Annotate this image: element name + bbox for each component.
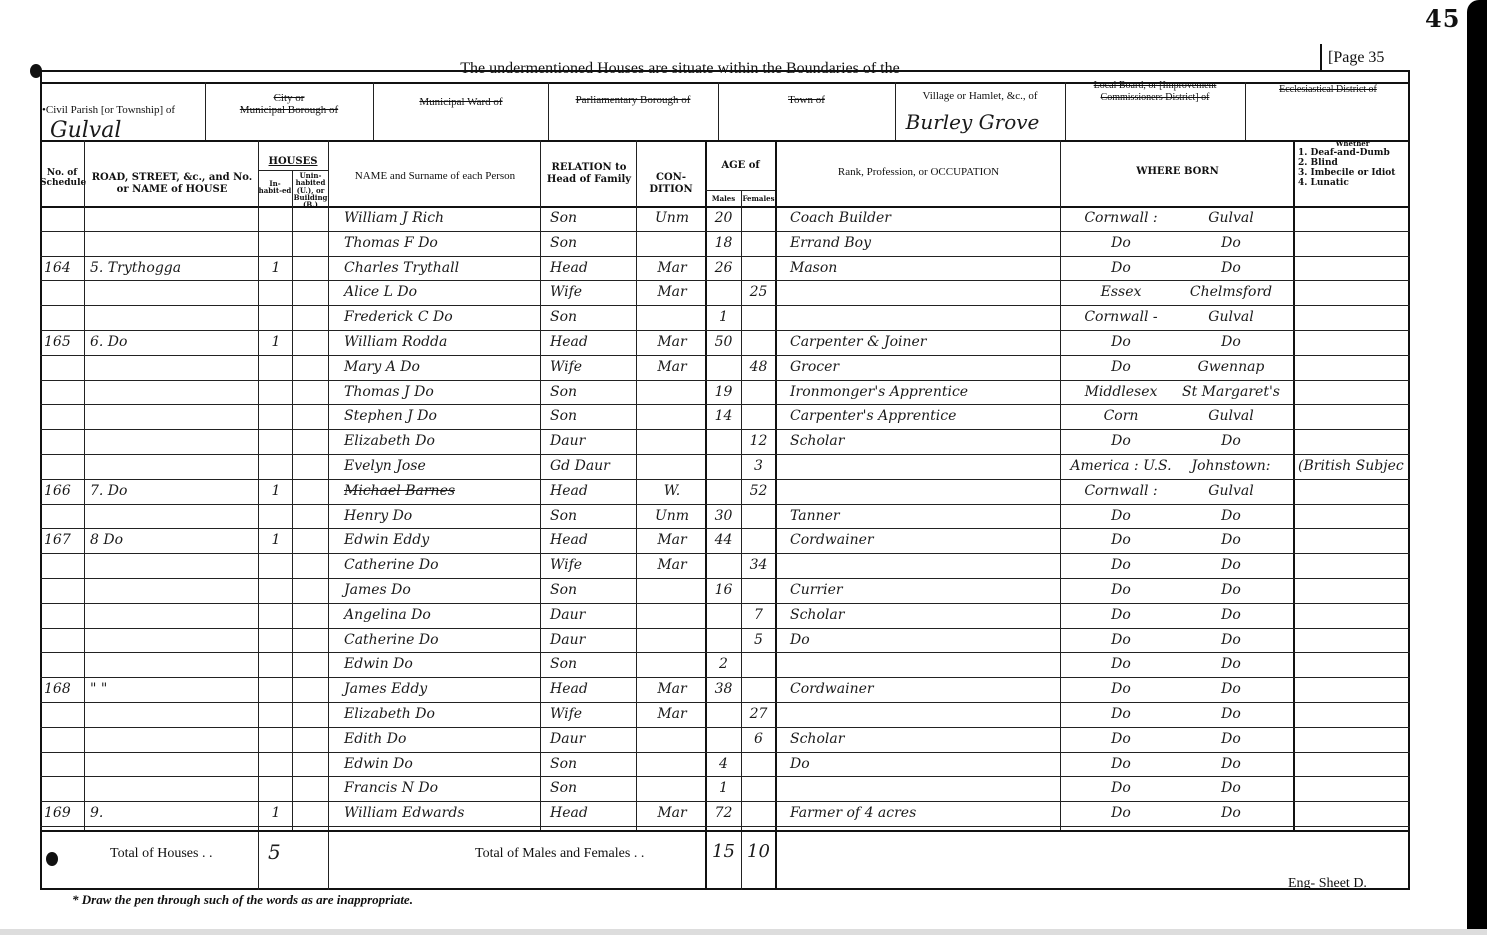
born-place-cell: Gulval xyxy=(1170,481,1292,501)
male-age-cell: 19 xyxy=(706,382,741,402)
occupation-cell: Carpenter's Apprentice xyxy=(790,406,1060,426)
born-county-cell: Do xyxy=(1066,332,1176,352)
civil-parish-value: Gulval xyxy=(50,118,200,143)
name-cell: Charles Trythall xyxy=(344,258,540,278)
road-cell: 8 Do xyxy=(90,530,255,550)
female-age-cell: 5 xyxy=(742,630,775,650)
road-cell: 7. Do xyxy=(90,481,255,501)
occupation-cell: Scholar xyxy=(790,431,1060,451)
relation-cell: Head xyxy=(550,803,636,823)
page-label: [Page 35 xyxy=(1320,44,1410,72)
name-cell: James Do xyxy=(344,580,540,600)
name-cell: Edwin Eddy xyxy=(344,530,540,550)
female-age-cell: 27 xyxy=(742,704,775,724)
relation-cell: Son xyxy=(550,382,636,402)
condition-cell: Mar xyxy=(640,803,704,823)
name-cell: Frederick C Do xyxy=(344,307,540,327)
name-cell: Alice L Do xyxy=(344,282,540,302)
female-age-cell: 48 xyxy=(742,357,775,377)
name-cell: William Edwards xyxy=(344,803,540,823)
relation-cell: Wife xyxy=(550,704,636,724)
born-county-cell: Middlesex xyxy=(1066,382,1176,402)
born-place-cell: Johnstown: xyxy=(1170,456,1292,476)
born-place-cell: Do xyxy=(1170,580,1292,600)
relation-cell: Wife xyxy=(550,282,636,302)
condition-cell: Mar xyxy=(640,679,704,699)
footer-note: * Draw the pen through such of the words… xyxy=(72,892,413,908)
remark-cell: (British Subjec xyxy=(1298,456,1478,476)
relation-cell: Daur xyxy=(550,729,636,749)
relation-cell: Son xyxy=(550,406,636,426)
name-cell: Edwin Do xyxy=(344,754,540,774)
name-cell: Catherine Do xyxy=(344,630,540,650)
born-place-cell: Gwennap xyxy=(1170,357,1292,377)
born-place-cell: Do xyxy=(1170,630,1292,650)
occupation-cell: Do xyxy=(790,754,1060,774)
born-county-cell: Corn xyxy=(1066,406,1176,426)
relation-cell: Wife xyxy=(550,555,636,575)
parliamentary-borough-label: Parliamentary Borough of xyxy=(549,94,717,106)
name-cell: Angelina Do xyxy=(344,605,540,625)
born-place-cell: Do xyxy=(1170,754,1292,774)
col-condition: CON-DITION xyxy=(640,172,702,195)
born-county-cell: Do xyxy=(1066,803,1176,823)
relation-cell: Head xyxy=(550,679,636,699)
inhabited-cell: 1 xyxy=(262,530,290,550)
sheet-label: Eng- Sheet D. xyxy=(1288,876,1367,892)
born-place-cell: St Margaret's xyxy=(1170,382,1292,402)
road-cell: 9. xyxy=(90,803,255,823)
born-place-cell: Do xyxy=(1170,506,1292,526)
female-age-cell: 52 xyxy=(742,481,775,501)
relation-cell: Son xyxy=(550,307,636,327)
relation-cell: Son xyxy=(550,233,636,253)
female-age-cell: 3 xyxy=(742,456,775,476)
col-uninhabited: Unin-habited (U.), or Building (B.) xyxy=(293,172,328,209)
name-cell: Stephen J Do xyxy=(344,406,540,426)
born-place-cell: Do xyxy=(1170,605,1292,625)
occupation-cell: Farmer of 4 acres xyxy=(790,803,1060,823)
occupation-cell: Scholar xyxy=(790,729,1060,749)
name-cell: William Rodda xyxy=(344,332,540,352)
male-age-cell: 26 xyxy=(706,258,741,278)
name-cell: Evelyn Jose xyxy=(344,456,540,476)
relation-cell: Son xyxy=(550,580,636,600)
col-road: ROAD, STREET, &c., and No. or NAME of HO… xyxy=(86,172,258,195)
total-persons-label: Total of Males and Females . . xyxy=(475,846,644,862)
male-age-cell: 20 xyxy=(706,208,741,228)
male-age-cell: 2 xyxy=(706,654,741,674)
total-houses-label: Total of Houses . . xyxy=(110,846,212,862)
col-name: NAME and Surname of each Person xyxy=(330,170,540,183)
born-county-cell: Do xyxy=(1066,506,1176,526)
relation-cell: Son xyxy=(550,208,636,228)
relation-cell: Daur xyxy=(550,431,636,451)
male-age-cell: 18 xyxy=(706,233,741,253)
municipal-ward-label: Municipal Ward of xyxy=(374,96,548,108)
col-schedule: No. of Schedule xyxy=(40,168,84,189)
name-cell: Elizabeth Do xyxy=(344,431,540,451)
born-county-cell: Do xyxy=(1066,555,1176,575)
name-cell: Henry Do xyxy=(344,506,540,526)
scan-edge-bottom xyxy=(0,929,1487,935)
male-age-cell: 38 xyxy=(706,679,741,699)
condition-cell: Mar xyxy=(640,530,704,550)
col-age: AGE of xyxy=(706,160,775,172)
occupation-cell: Mason xyxy=(790,258,1060,278)
col-infirmity-title: Whether xyxy=(1295,140,1410,147)
inhabited-cell: 1 xyxy=(262,332,290,352)
born-county-cell: Do xyxy=(1066,605,1176,625)
female-age-cell: 12 xyxy=(742,431,775,451)
total-males: 15 xyxy=(706,842,741,862)
born-county-cell: Do xyxy=(1066,729,1176,749)
male-age-cell: 44 xyxy=(706,530,741,550)
male-age-cell: 50 xyxy=(706,332,741,352)
relation-cell: Son xyxy=(550,778,636,798)
col-occupation: Rank, Profession, or OCCUPATION xyxy=(777,166,1060,179)
male-age-cell: 14 xyxy=(706,406,741,426)
municipal-borough-label: Municipal Borough of xyxy=(206,104,372,116)
schedule-cell: 166 xyxy=(44,481,84,501)
condition-cell: W. xyxy=(640,481,704,501)
relation-cell: Son xyxy=(550,506,636,526)
schedule-cell: 167 xyxy=(44,530,84,550)
name-cell: Mary A Do xyxy=(344,357,540,377)
relation-cell: Head xyxy=(550,258,636,278)
col-inhabited: In-habit-ed xyxy=(258,180,292,195)
relation-cell: Head xyxy=(550,332,636,352)
name-cell: Thomas J Do xyxy=(344,382,540,402)
born-county-cell: Do xyxy=(1066,530,1176,550)
female-age-cell: 7 xyxy=(742,605,775,625)
relation-cell: Gd Daur xyxy=(550,456,636,476)
name-cell: Thomas F Do xyxy=(344,233,540,253)
name-cell: Edith Do xyxy=(344,729,540,749)
occupation-cell: Grocer xyxy=(790,357,1060,377)
village-value: Burley Grove xyxy=(880,110,1065,134)
born-place-cell: Do xyxy=(1170,679,1292,699)
condition-cell: Mar xyxy=(640,555,704,575)
born-county-cell: Cornwall : xyxy=(1066,208,1176,228)
inhabited-cell: 1 xyxy=(262,803,290,823)
city-label-top: City or xyxy=(206,92,372,104)
male-age-cell: 4 xyxy=(706,754,741,774)
born-place-cell: Gulval xyxy=(1170,406,1292,426)
occupation-cell: Tanner xyxy=(790,506,1060,526)
town-label: Town of xyxy=(719,94,894,106)
name-cell: James Eddy xyxy=(344,679,540,699)
born-place-cell: Do xyxy=(1170,778,1292,798)
condition-cell: Unm xyxy=(640,506,704,526)
occupation-cell: Carpenter & Joiner xyxy=(790,332,1060,352)
occupation-cell: Cordwainer xyxy=(790,530,1060,550)
born-place-cell: Chelmsford xyxy=(1170,282,1292,302)
born-county-cell: Do xyxy=(1066,630,1176,650)
schedule-cell: 168 xyxy=(44,679,84,699)
schedule-cell: 169 xyxy=(44,803,84,823)
male-age-cell: 30 xyxy=(706,506,741,526)
born-county-cell: Do xyxy=(1066,778,1176,798)
male-age-cell: 1 xyxy=(706,307,741,327)
born-place-cell: Do xyxy=(1170,233,1292,253)
occupation-cell: Ironmonger's Apprentice xyxy=(790,382,1060,402)
born-place-cell: Do xyxy=(1170,332,1292,352)
born-county-cell: Do xyxy=(1066,357,1176,377)
occupation-cell: Do xyxy=(790,630,1060,650)
col-females: Females xyxy=(742,195,775,202)
male-age-cell: 16 xyxy=(706,580,741,600)
col-males: Males xyxy=(706,195,741,202)
born-county-cell: Do xyxy=(1066,754,1176,774)
col-houses: HOUSES xyxy=(258,156,328,168)
relation-cell: Head xyxy=(550,530,636,550)
name-cell: Edwin Do xyxy=(344,654,540,674)
occupation-cell: Errand Boy xyxy=(790,233,1060,253)
ecclesiastical-label: Ecclesiastical District of xyxy=(1246,84,1410,95)
village-label: Village or Hamlet, &c., of xyxy=(896,90,1064,102)
born-place-cell: Do xyxy=(1170,729,1292,749)
inhabited-cell: 1 xyxy=(262,481,290,501)
col-relation: RELATION to Head of Family xyxy=(542,162,636,185)
born-county-cell: Do xyxy=(1066,580,1176,600)
occupation-cell: Scholar xyxy=(790,605,1060,625)
born-county-cell: Cornwall : xyxy=(1066,481,1176,501)
born-place-cell: Do xyxy=(1170,803,1292,823)
occupation-cell: Coach Builder xyxy=(790,208,1060,228)
born-county-cell: Essex xyxy=(1066,282,1176,302)
male-age-cell: 1 xyxy=(706,778,741,798)
name-cell: Michael Barnes xyxy=(344,481,540,501)
relation-cell: Head xyxy=(550,481,636,501)
relation-cell: Daur xyxy=(550,630,636,650)
name-cell: William J Rich xyxy=(344,208,540,228)
born-place-cell: Do xyxy=(1170,258,1292,278)
infirmity-item: 4. Lunatic xyxy=(1298,179,1413,189)
relation-cell: Wife xyxy=(550,357,636,377)
local-board-label: Local Board, or [Improvement Commissione… xyxy=(1066,80,1244,104)
born-county-cell: Do xyxy=(1066,654,1176,674)
relation-cell: Son xyxy=(550,654,636,674)
name-cell: Elizabeth Do xyxy=(344,704,540,724)
born-county-cell: Do xyxy=(1066,431,1176,451)
born-place-cell: Do xyxy=(1170,555,1292,575)
name-cell: Francis N Do xyxy=(344,778,540,798)
relation-cell: Daur xyxy=(550,605,636,625)
male-age-cell: 72 xyxy=(706,803,741,823)
born-county-cell: America : U.S. xyxy=(1066,456,1176,476)
total-houses-value: 5 xyxy=(268,842,281,862)
born-place-cell: Do xyxy=(1170,431,1292,451)
inhabited-cell: 1 xyxy=(262,258,290,278)
born-place-cell: Do xyxy=(1170,654,1292,674)
col-infirmity-list: 1. Deaf-and-Dumb2. Blind3. Imbecile or I… xyxy=(1298,149,1413,189)
col-where-born: WHERE BORN xyxy=(1062,166,1293,178)
condition-cell: Unm xyxy=(640,208,704,228)
born-county-cell: Do xyxy=(1066,233,1176,253)
schedule-cell: 165 xyxy=(44,332,84,352)
civil-parish-label: •Civil Parish [or Township] of xyxy=(42,104,204,116)
schedule-cell: 164 xyxy=(44,258,84,278)
relation-cell: Son xyxy=(550,754,636,774)
born-county-cell: Do xyxy=(1066,679,1176,699)
occupation-cell: Cordwainer xyxy=(790,679,1060,699)
road-cell: 6. Do xyxy=(90,332,255,352)
road-cell: " " xyxy=(90,679,255,699)
born-county-cell: Do xyxy=(1066,258,1176,278)
condition-cell: Mar xyxy=(640,704,704,724)
name-cell: Catherine Do xyxy=(344,555,540,575)
female-age-cell: 25 xyxy=(742,282,775,302)
occupation-cell: Currier xyxy=(790,580,1060,600)
road-cell: 5. Trythogga xyxy=(90,258,255,278)
born-county-cell: Do xyxy=(1066,704,1176,724)
born-place-cell: Do xyxy=(1170,530,1292,550)
born-county-cell: Cornwall - xyxy=(1066,307,1176,327)
condition-cell: Mar xyxy=(640,357,704,377)
female-age-cell: 6 xyxy=(742,729,775,749)
total-females: 10 xyxy=(742,842,775,862)
folio-number: 45 xyxy=(1425,4,1460,33)
condition-cell: Mar xyxy=(640,282,704,302)
born-place-cell: Gulval xyxy=(1170,307,1292,327)
female-age-cell: 34 xyxy=(742,555,775,575)
born-place-cell: Do xyxy=(1170,704,1292,724)
born-place-cell: Gulval xyxy=(1170,208,1292,228)
condition-cell: Mar xyxy=(640,332,704,352)
condition-cell: Mar xyxy=(640,258,704,278)
